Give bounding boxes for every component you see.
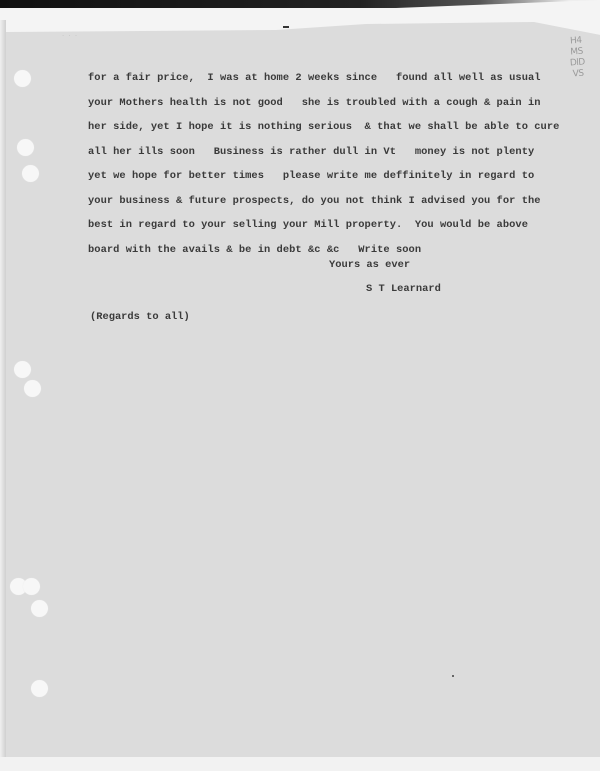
punch-hole-icon <box>22 165 39 182</box>
punch-hole-icon <box>23 578 40 595</box>
paper-speck <box>452 675 454 677</box>
letter-body: for a fair price, I was at home 2 weeks … <box>88 71 548 267</box>
punch-hole-icon <box>31 680 48 697</box>
punch-hole-icon <box>31 600 48 617</box>
letter-line: your Mothers health is not good she is t… <box>88 96 548 121</box>
letter-closing: Yours as ever <box>329 259 410 271</box>
letter-line: all her ills soon Business is rather dul… <box>88 145 548 170</box>
letter-line: for a fair price, I was at home 2 weeks … <box>88 71 548 96</box>
pencil-note-line: VS <box>567 68 590 81</box>
scan-bottom-margin <box>0 757 600 771</box>
letter-line: board with the avails & be in debt &c &c… <box>88 243 548 268</box>
letter-line: your business & future prospects, do you… <box>88 194 548 219</box>
letter-line: best in regard to your selling your Mill… <box>88 218 548 243</box>
punch-hole-icon <box>17 139 34 156</box>
letter-line: yet we hope for better times please writ… <box>88 169 548 194</box>
faint-top-mark: · · · <box>62 32 78 40</box>
punch-hole-icon <box>14 70 31 87</box>
letter-signature: S T Learnard <box>366 283 441 295</box>
staple-mark <box>283 26 289 28</box>
page-left-edge <box>0 20 6 760</box>
punch-hole-icon <box>24 380 41 397</box>
letter-line: her side, yet I hope it is nothing serio… <box>88 120 548 145</box>
punch-hole-icon <box>14 361 31 378</box>
letter-postscript: (Regards to all) <box>90 311 190 323</box>
archival-pencil-note: H4 MS DlD VS <box>564 35 589 80</box>
